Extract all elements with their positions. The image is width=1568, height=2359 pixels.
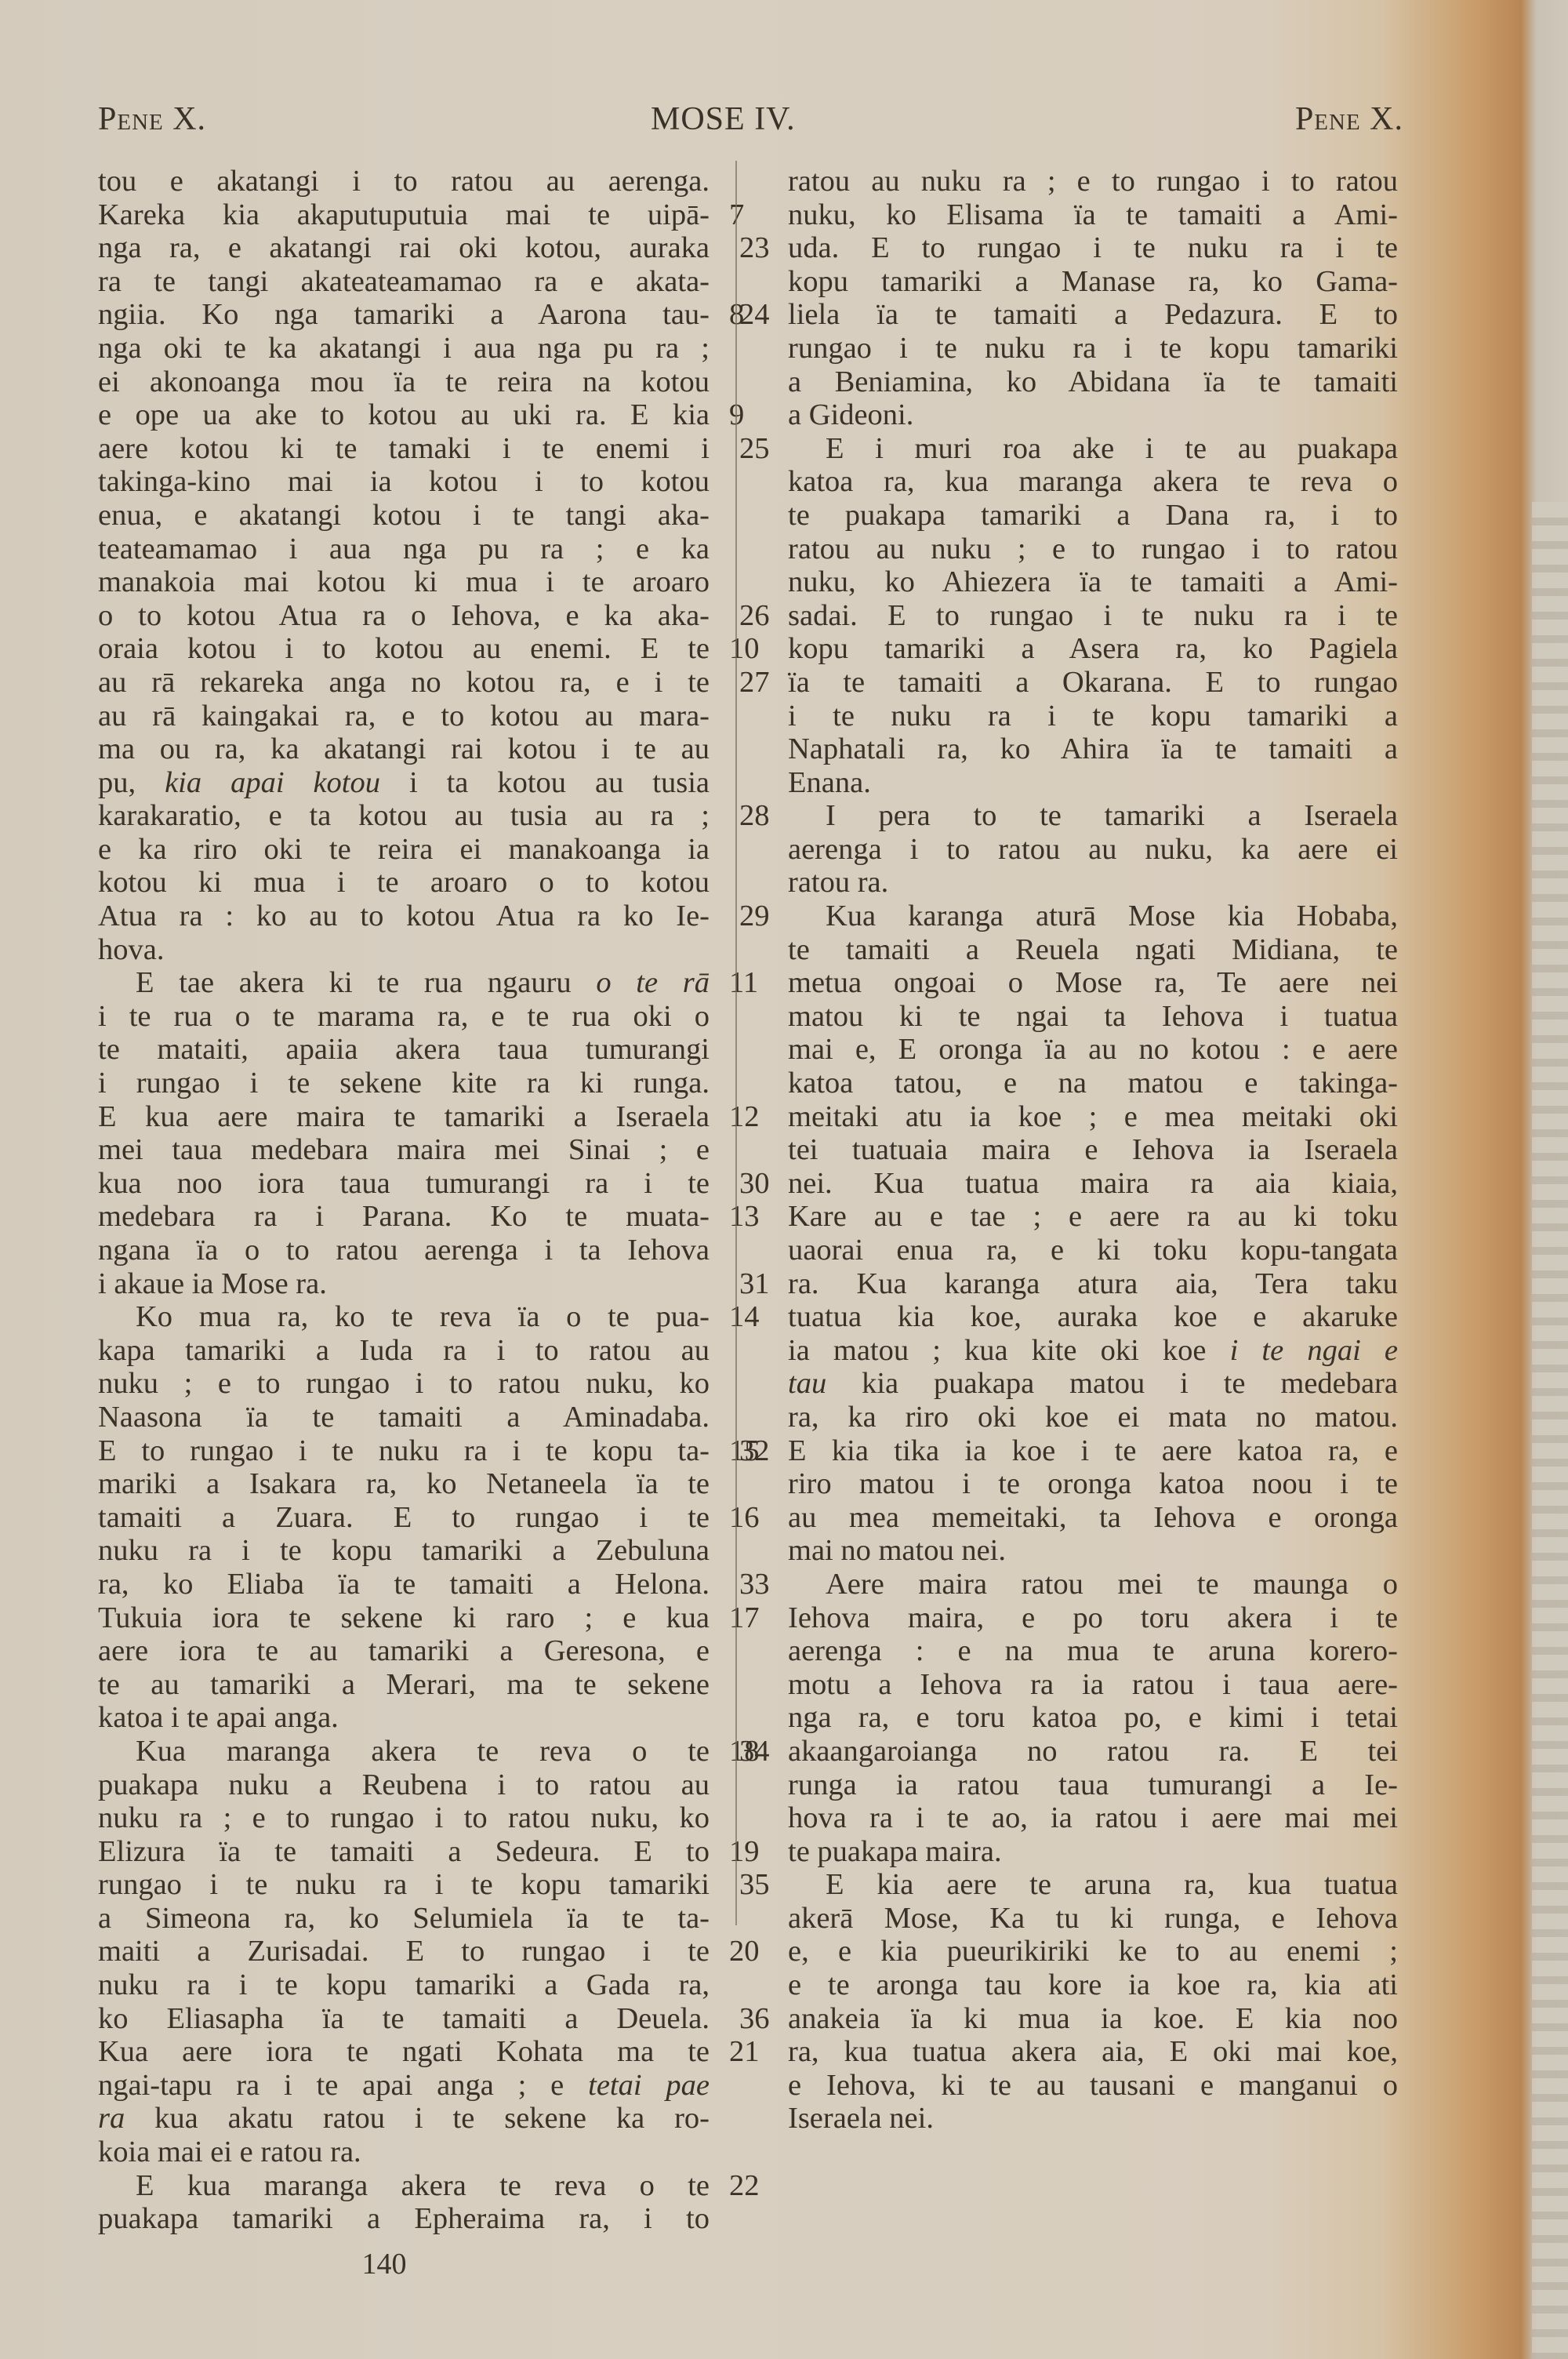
text-run: kapa tamariki a Iuda ra i to ratou au [98, 1334, 710, 1367]
adjacent-page-edge [1532, 502, 1568, 2359]
left-column-text: tou e akatangi i to ratou au aerenga.Kar… [98, 165, 710, 2236]
text-run: Atua ra : ko au to kotou Atua ra ko Ie- [98, 900, 710, 932]
text-line: nga ra, e akatangi rai oki kotou, auraka [98, 231, 710, 265]
text-line: tau kia puakapa matou i te medebara [788, 1367, 1398, 1401]
header-chapter-right: Pene X. [1295, 100, 1403, 138]
text-run: tuatua kia koe, auraka koe e akaruke [788, 1300, 1398, 1333]
text-run: ei akonoanga mou ïa te reira na kotou [98, 365, 710, 398]
text-line: ratou au nuku ; e to rungao i to ratou [788, 533, 1398, 566]
text-run: au mea memeitaki, ta Iehova e oronga [788, 1501, 1398, 1534]
italic-text-run: ra [98, 2102, 125, 2135]
text-line: E tae akera ki te rua ngauru o te rā11 [98, 966, 710, 1000]
text-line: katoa ra, kua maranga akera te reva o [788, 465, 1398, 499]
verse-number: 22 [729, 2169, 784, 2203]
text-line: aerenga : e na mua te aruna korero- [788, 1634, 1398, 1668]
text-line: tamaiti a Zuara. E to rungao i te16 [98, 1501, 710, 1535]
verse-number: 9 [729, 398, 784, 432]
text-line: aerenga i to ratou au nuku, ka aere ei [788, 833, 1398, 867]
text-run: mai e, E oronga ïa au no kotou : e aere [788, 1033, 1398, 1066]
italic-text-run: i te ngai e [1230, 1334, 1398, 1367]
text-run: ra, kua tuatua akera aia, E oki mai koe, [788, 2035, 1398, 2068]
text-line: puakapa tamariki a Epheraima ra, i to [98, 2202, 710, 2236]
text-run: aerenga i to ratou au nuku, ka aere ei [788, 833, 1398, 866]
text-line: puakapa nuku a Reubena i to ratou au [98, 1768, 710, 1802]
column-divider [735, 161, 737, 1925]
text-run: metua ongoai o Mose ra, Te aere nei [788, 966, 1398, 999]
text-line: Iehova maira, e po toru akera i te [788, 1601, 1398, 1635]
text-line: E i muri roa ake i te au puakapa25 [788, 432, 1398, 466]
text-line: pu, kia apai kotou i ta kotou au tusia [98, 766, 710, 800]
text-run: ko Eliasapha ïa te tamaiti a Deuela. [98, 2002, 710, 2035]
text-line: i rungao i te sekene kite ra ki runga. [98, 1067, 710, 1100]
header-chapter-left: Pene X. [98, 100, 206, 138]
text-run: aere kotou ki te tamaki i te enemi i [98, 432, 710, 465]
verse-number: 28 [739, 799, 783, 833]
text-run: E to rungao i te nuku ra i te kopu ta- [98, 1434, 710, 1467]
text-run: Ko mua ra, ko te reva ïa o te pua- [136, 1300, 710, 1333]
verse-number: 20 [729, 1935, 784, 1968]
text-line: au rā rekareka anga no kotou ra, e i te [98, 666, 710, 700]
verse-number: 7 [729, 198, 784, 232]
text-run: tei tuatuaia maira e Iehova ia Iseraela [788, 1133, 1398, 1166]
text-line: E to rungao i te nuku ra i te kopu ta-15 [98, 1434, 710, 1468]
text-line: aere kotou ki te tamaki i te enemi i [98, 432, 710, 466]
text-line: E kua aere maira te tamariki a Iseraela1… [98, 1100, 710, 1134]
text-line: nuku, ko Ahiezera ïa te tamaiti a Ami- [788, 565, 1398, 599]
verse-number: 30 [739, 1167, 783, 1201]
text-run: i akaue ia Mose ra. [98, 1267, 327, 1300]
text-run: e te aronga tau kore ia koe ra, kia ati [788, 1968, 1398, 2001]
text-line: E kia tika ia koe i te aere katoa ra, e3… [788, 1434, 1398, 1468]
text-line: rungao i te nuku ra i te kopu tamariki [788, 332, 1398, 365]
text-line: metua ongoai o Mose ra, Te aere nei [788, 966, 1398, 1000]
text-run: ratou ra. [788, 866, 888, 899]
text-run: E kua maranga akera te reva o te [136, 2169, 710, 2202]
text-run: ra, ka riro oki koe ei mata no matou. [788, 1401, 1398, 1434]
text-line: i akaue ia Mose ra. [98, 1267, 710, 1301]
text-run: puakapa nuku a Reubena i to ratou au [98, 1768, 710, 1801]
text-line: kotou ki mua i te aroaro o to kotou [98, 866, 710, 900]
text-line: a Beniamina, ko Abidana ïa te tamaiti [788, 365, 1398, 399]
text-line: Kua aere iora te ngati Kohata ma te21 [98, 2035, 710, 2069]
text-run: E tae akera ki te rua ngauru [136, 966, 596, 999]
verse-number: 16 [729, 1501, 784, 1535]
text-line: takinga-kino mai ia kotou i to kotou [98, 465, 710, 499]
text-run: ngiia. Ko nga tamariki a Aarona tau- [98, 298, 710, 331]
text-run: ratou au nuku ra ; e to rungao i to rato… [788, 165, 1398, 198]
text-run: ratou au nuku ; e to rungao i to ratou [788, 533, 1398, 565]
text-line: sadai. E to rungao i te nuku ra i te26 [788, 599, 1398, 633]
text-run: ngana ïa o to ratou aerenga i ta Iehova [98, 1234, 710, 1267]
text-run: koia mai ei e ratou ra. [98, 2135, 361, 2168]
text-line: kua noo iora taua tumurangi ra i te [98, 1167, 710, 1201]
text-run: nuku, ko Ahiezera ïa te tamaiti a Ami- [788, 565, 1398, 598]
text-line: runga ia ratou taua tumurangi a Ie- [788, 1768, 1398, 1802]
text-line: aere iora te au tamariki a Geresona, e [98, 1634, 710, 1668]
text-line: liela ïa te tamaiti a Pedazura. E to24 [788, 298, 1398, 332]
text-line: katoa tatou, e na matou e takinga- [788, 1067, 1398, 1100]
verse-number: 23 [739, 231, 783, 265]
text-line: ei akonoanga mou ïa te reira na kotou [98, 365, 710, 399]
text-run: Elizura ïa te tamaiti a Sedeura. E to [98, 1835, 710, 1868]
verse-number: 26 [739, 599, 783, 633]
text-run: rungao i te nuku ra i te kopu tamariki [98, 1868, 710, 1901]
text-run: Iseraela nei. [788, 2102, 934, 2135]
text-run: maiti a Zurisadai. E to rungao i te [98, 1935, 710, 1968]
text-line: nuku, ko Elisama ïa te tamaiti a Ami- [788, 198, 1398, 232]
text-line: nei. Kua tuatua maira ra aia kiaia,30 [788, 1167, 1398, 1201]
text-run: hova ra i te ao, ia ratou i aere mai mei [788, 1801, 1398, 1834]
text-line: mai e, E oronga ïa au no kotou : e aere [788, 1033, 1398, 1067]
text-line: tuatua kia koe, auraka koe e akaruke [788, 1300, 1398, 1334]
verse-number: 25 [739, 432, 783, 466]
text-line: Iseraela nei. [788, 2102, 1398, 2135]
text-line: ko Eliasapha ïa te tamaiti a Deuela. [98, 2002, 710, 2036]
text-run: oraia kotou i to kotou au enemi. E te [98, 632, 710, 665]
verse-number: 14 [729, 1300, 784, 1334]
verse-number: 24 [739, 298, 783, 332]
text-run: motu a Iehova ra ia ratou i taua aere- [788, 1668, 1398, 1701]
text-run: ra. Kua karanga atura aia, Tera taku [788, 1267, 1398, 1300]
text-run: aere iora te au tamariki a Geresona, e [98, 1634, 710, 1667]
text-run: o to kotou Atua ra o Iehova, e ka aka- [98, 599, 710, 632]
text-line: koia mai ei e ratou ra. [98, 2135, 710, 2169]
text-run: anakeia ïa ki mua ia koe. E kia noo [788, 2002, 1398, 2035]
text-run: ra, ko Eliaba ïa te tamaiti a Helona. [98, 1568, 710, 1601]
text-line: ratou au nuku ra ; e to rungao i to rato… [788, 165, 1398, 198]
text-run: e ka riro oki te reira ei manakoanga ia [98, 833, 710, 866]
text-run: au rā kaingakai ra, e to kotou au mara- [98, 700, 710, 732]
text-line: kopu tamariki a Manase ra, ko Gama- [788, 265, 1398, 299]
text-run: teateamamao i aua nga pu ra ; e ka [98, 533, 710, 565]
text-run: Kua aere iora te ngati Kohata ma te [98, 2035, 710, 2068]
verse-number: 31 [739, 1267, 783, 1301]
text-line: akerā Mose, Ka tu ki runga, e Iehova [788, 1902, 1398, 1936]
text-line: ngai-tapu ra i te apai anga ; e tetai pa… [98, 2069, 710, 2103]
text-run: E kia tika ia koe i te aere katoa ra, e [788, 1434, 1398, 1467]
text-run: katoa ra, kua maranga akera te reva o [788, 465, 1398, 498]
text-line: ra te tangi akateateamamao ra e akata- [98, 265, 710, 299]
text-line: tou e akatangi i to ratou au aerenga. [98, 165, 710, 198]
text-run: enua, e akatangi kotou i te tangi aka- [98, 499, 710, 532]
text-line: te tamaiti a Reuela ngati Midiana, te [788, 933, 1398, 967]
italic-text-run: kia apai kotou [165, 766, 380, 799]
text-line: a Gideoni. [788, 398, 1398, 432]
text-line: motu a Iehova ra ia ratou i taua aere- [788, 1668, 1398, 1702]
text-line: au mea memeitaki, ta Iehova e oronga [788, 1501, 1398, 1535]
text-run: Kareka kia akaputuputuia mai te uipā- [98, 198, 710, 231]
text-run: Kare au e tae ; e aere ra au ki toku [788, 1200, 1398, 1233]
text-run: rungao i te nuku ra i te kopu tamariki [788, 332, 1398, 365]
verse-number: 32 [739, 1434, 783, 1468]
verse-number: 35 [739, 1868, 783, 1902]
text-line: ngana ïa o to ratou aerenga i ta Iehova [98, 1234, 710, 1267]
text-run: a Beniamina, ko Abidana ïa te tamaiti [788, 365, 1398, 398]
text-line: Kareka kia akaputuputuia mai te uipā-7 [98, 198, 710, 232]
text-line: ra, ko Eliaba ïa te tamaiti a Helona. [98, 1568, 710, 1601]
text-line: riro matou i te oronga katoa noou i te [788, 1467, 1398, 1501]
text-run: nuku ra ; e to rungao i to ratou nuku, k… [98, 1801, 710, 1834]
text-run: ia matou ; kua kite oki koe [788, 1334, 1230, 1367]
text-line: kopu tamariki a Asera ra, ko Pagiela [788, 632, 1398, 666]
text-run: liela ïa te tamaiti a Pedazura. E to [788, 298, 1398, 331]
text-line: e ka riro oki te reira ei manakoanga ia [98, 833, 710, 867]
verse-number: 13 [729, 1200, 784, 1234]
text-run: ngai-tapu ra i te apai anga ; e [98, 2069, 588, 2102]
header-book-title: MOSE IV. [651, 100, 796, 138]
text-run: tou e akatangi i to ratou au aerenga. [98, 165, 710, 198]
text-line: au rā kaingakai ra, e to kotou au mara- [98, 700, 710, 733]
verse-number: 12 [729, 1100, 784, 1134]
text-line: mai no matou nei. [788, 1534, 1398, 1568]
text-run: nei. Kua tuatua maira ra aia kiaia, [788, 1167, 1398, 1200]
text-line: oraia kotou i to kotou au enemi. E te10 [98, 632, 710, 666]
text-line: rungao i te nuku ra i te kopu tamariki [98, 1868, 710, 1902]
text-run: uaorai enua ra, e ki toku kopu-tangata [788, 1234, 1398, 1267]
text-line: te puakapa tamariki a Dana ra, i to [788, 499, 1398, 533]
text-line: nuku ra ; e to rungao i to ratou nuku, k… [98, 1801, 710, 1835]
text-run: Aere maira ratou mei te maunga o [826, 1568, 1398, 1601]
text-run: Naasona ïa te tamaiti a Aminadaba. [98, 1401, 710, 1434]
text-line: medebara ra i Parana. Ko te muata-13 [98, 1200, 710, 1234]
text-run: Kua maranga akera te reva o te [136, 1735, 710, 1768]
text-line: e ope ua ake to kotou au uki ra. E kia9 [98, 398, 710, 432]
text-line: katoa i te apai anga. [98, 1701, 710, 1735]
text-run: e ope ua ake to kotou au uki ra. E kia [98, 398, 710, 431]
text-line: Naphatali ra, ko Ahira ïa te tamaiti a [788, 732, 1398, 766]
text-line: anakeia ïa ki mua ia koe. E kia noo36 [788, 2002, 1398, 2036]
text-line: maiti a Zurisadai. E to rungao i te20 [98, 1935, 710, 1968]
text-line: nuku ; e to rungao i to ratou nuku, ko [98, 1367, 710, 1401]
right-column-text: ratou au nuku ra ; e to rungao i to rato… [788, 165, 1398, 2135]
text-line: uaorai enua ra, e ki toku kopu-tangata [788, 1234, 1398, 1267]
verse-number: 19 [729, 1835, 784, 1869]
text-run: kotou ki mua i te aroaro o to kotou [98, 866, 710, 899]
verse-number: 36 [739, 2002, 783, 2036]
text-run: karakaratio, e ta kotou au tusia au ra ; [98, 799, 710, 832]
text-line: ma ou ra, ka akatangi rai kotou i te au [98, 732, 710, 766]
text-line: Naasona ïa te tamaiti a Aminadaba. [98, 1401, 710, 1434]
text-line: te mataiti, apaiia akera taua tumurangi [98, 1033, 710, 1067]
text-line: nga oki te ka akatangi i aua nga pu ra ; [98, 332, 710, 365]
text-run: nuku ra i te kopu tamariki a Zebuluna [98, 1534, 710, 1567]
text-run: riro matou i te oronga katoa noou i te [788, 1467, 1398, 1500]
italic-text-run: o te rā [596, 966, 710, 999]
text-line: Aere maira ratou mei te maunga o33 [788, 1568, 1398, 1601]
text-run: Kua karanga aturā Mose kia Hobaba, [826, 900, 1398, 932]
text-run: nga oki te ka akatangi i aua nga pu ra ; [98, 332, 710, 365]
text-run: E kia aere te aruna ra, kua tuatua [826, 1868, 1398, 1901]
italic-text-run: tetai pae [588, 2069, 710, 2102]
text-line: te au tamariki a Merari, ma te sekene [98, 1668, 710, 1702]
text-line: Kare au e tae ; e aere ra au ki toku [788, 1200, 1398, 1234]
text-line: uda. E to rungao i te nuku ra i te23 [788, 231, 1398, 265]
text-line: matou ki te ngai ta Iehova i tuatua [788, 1000, 1398, 1034]
text-run: te tamaiti a Reuela ngati Midiana, te [788, 933, 1398, 966]
text-run: akaangaroianga no ratou ra. E tei [788, 1735, 1398, 1768]
text-line: o to kotou Atua ra o Iehova, e ka aka- [98, 599, 710, 633]
text-line: nuku ra i te kopu tamariki a Zebuluna [98, 1534, 710, 1568]
text-run: mariki a Isakara ra, ko Netaneela ïa te [98, 1467, 710, 1500]
text-run: pu, [98, 766, 165, 799]
text-run: kopu tamariki a Asera ra, ko Pagiela [788, 632, 1398, 665]
text-run: mei taua medebara maira mei Sinai ; e [98, 1133, 710, 1166]
text-line: tei tuatuaia maira e Iehova ia Iseraela [788, 1133, 1398, 1167]
verse-number: 21 [729, 2035, 784, 2069]
verse-number: 10 [729, 632, 784, 666]
text-run: E i muri roa ake i te au puakapa [826, 432, 1398, 465]
text-run: e, e kia pueurikiriki ke to au enemi ; [788, 1935, 1398, 1968]
text-run: a Gideoni. [788, 398, 913, 431]
text-run: tamaiti a Zuara. E to rungao i te [98, 1501, 710, 1534]
text-run: manakoia mai kotou ki mua i te aroaro [98, 565, 710, 598]
text-line: ra kua akatu ratou i te sekene ka ro- [98, 2102, 710, 2135]
text-line: mariki a Isakara ra, ko Netaneela ïa te [98, 1467, 710, 1501]
text-line: ngiia. Ko nga tamariki a Aarona tau-8 [98, 298, 710, 332]
text-line: ïa te tamaiti a Okarana. E to rungao27 [788, 666, 1398, 700]
text-run: au rā rekareka anga no kotou ra, e i te [98, 666, 710, 699]
text-line: nga ra, e toru katoa po, e kimi i tetai [788, 1701, 1398, 1735]
text-run: Iehova maira, e po toru akera i te [788, 1601, 1398, 1634]
text-line: nuku ra i te kopu tamariki a Gada ra, [98, 1968, 710, 2002]
italic-text-run: tau [788, 1367, 826, 1400]
text-run: nga ra, e akatangi rai oki kotou, auraka [98, 231, 710, 264]
text-run: i te nuku ra i te kopu tamariki a [788, 700, 1398, 732]
text-line: ia matou ; kua kite oki koe i te ngai e [788, 1334, 1398, 1368]
text-run: sadai. E to rungao i te nuku ra i te [788, 599, 1398, 632]
text-line: E kua maranga akera te reva o te22 [98, 2169, 710, 2203]
text-line: Ko mua ra, ko te reva ïa o te pua-14 [98, 1300, 710, 1334]
text-line: I pera to te tamariki a Iseraela28 [788, 799, 1398, 833]
text-run: te puakapa tamariki a Dana ra, i to [788, 499, 1398, 532]
running-header: Pene X. MOSE IV. Pene X. [98, 100, 1403, 140]
text-run: ma ou ra, ka akatangi rai kotou i te au [98, 732, 710, 765]
text-line: Kua maranga akera te reva o te18 [98, 1735, 710, 1768]
verse-number: 17 [729, 1601, 784, 1635]
verse-number: 33 [739, 1568, 783, 1601]
text-run: kia puakapa matou i te medebara [826, 1367, 1398, 1400]
verse-number: 11 [729, 966, 784, 1000]
verse-number: 27 [739, 666, 783, 700]
text-line: Kua karanga aturā Mose kia Hobaba,29 [788, 900, 1398, 933]
text-line: a Simeona ra, ko Selumiela ïa te ta- [98, 1902, 710, 1936]
text-line: enua, e akatangi kotou i te tangi aka- [98, 499, 710, 533]
verse-number: 34 [739, 1735, 783, 1768]
text-line: meitaki atu ia koe ; e mea meitaki oki [788, 1100, 1398, 1134]
text-run: medebara ra i Parana. Ko te muata- [98, 1200, 710, 1233]
text-run: hova. [98, 933, 164, 966]
text-run: nuku ; e to rungao i to ratou nuku, ko [98, 1367, 710, 1400]
text-line: e te aronga tau kore ia koe ra, kia ati [788, 1968, 1398, 2002]
text-line: ra, ka riro oki koe ei mata no matou. [788, 1401, 1398, 1434]
text-run: kua noo iora taua tumurangi ra i te [98, 1167, 710, 1200]
text-run: a Simeona ra, ko Selumiela ïa te ta- [98, 1902, 710, 1935]
text-line: e, e kia pueurikiriki ke to au enemi ; [788, 1935, 1398, 1968]
page-number: 140 [345, 2247, 423, 2281]
text-run: te mataiti, apaiia akera taua tumurangi [98, 1033, 710, 1066]
text-line: ratou ra. [788, 866, 1398, 900]
text-run: akerā Mose, Ka tu ki runga, e Iehova [788, 1902, 1398, 1935]
text-run: te puakapa maira. [788, 1835, 1002, 1868]
text-line: i te nuku ra i te kopu tamariki a [788, 700, 1398, 733]
text-run: mai no matou nei. [788, 1534, 1006, 1567]
text-run: runga ia ratou taua tumurangi a Ie- [788, 1768, 1398, 1801]
text-run: Naphatali ra, ko Ahira ïa te tamaiti a [788, 732, 1398, 765]
text-run: i te rua o te marama ra, e te rua oki o [98, 1000, 710, 1033]
text-line: manakoia mai kotou ki mua i te aroaro [98, 565, 710, 599]
text-line: karakaratio, e ta kotou au tusia au ra ; [98, 799, 710, 833]
text-line: mei taua medebara maira mei Sinai ; e [98, 1133, 710, 1167]
text-run: kua akatu ratou i te sekene ka ro- [125, 2102, 710, 2135]
text-run: nuku ra i te kopu tamariki a Gada ra, [98, 1968, 710, 2001]
text-run: puakapa tamariki a Epheraima ra, i to [98, 2202, 710, 2235]
text-line: i te rua o te marama ra, e te rua oki o [98, 1000, 710, 1034]
text-run: ïa te tamaiti a Okarana. E to rungao [788, 666, 1398, 699]
text-line: Tukuia iora te sekene ki raro ; e kua17 [98, 1601, 710, 1635]
text-run: katoa tatou, e na matou e takinga- [788, 1067, 1398, 1100]
text-line: hova ra i te ao, ia ratou i aere mai mei [788, 1801, 1398, 1835]
text-run: uda. E to rungao i te nuku ra i te [788, 231, 1398, 264]
text-run: te au tamariki a Merari, ma te sekene [98, 1668, 710, 1701]
text-line: teateamamao i aua nga pu ra ; e ka [98, 533, 710, 566]
text-line: ra, kua tuatua akera aia, E oki mai koe, [788, 2035, 1398, 2069]
text-run: kopu tamariki a Manase ra, ko Gama- [788, 265, 1398, 298]
text-run: nga ra, e toru katoa po, e kimi i tetai [788, 1701, 1398, 1734]
text-run: I pera to te tamariki a Iseraela [826, 799, 1398, 832]
text-run: aerenga : e na mua te aruna korero- [788, 1634, 1398, 1667]
text-line: akaangaroianga no ratou ra. E tei34 [788, 1735, 1398, 1768]
text-run: E kua aere maira te tamariki a Iseraela [98, 1100, 710, 1133]
text-run: Enana. [788, 766, 871, 799]
text-line: Enana. [788, 766, 1398, 800]
text-line: Atua ra : ko au to kotou Atua ra ko Ie- [98, 900, 710, 933]
text-run: katoa i te apai anga. [98, 1701, 339, 1734]
text-run: matou ki te ngai ta Iehova i tuatua [788, 1000, 1398, 1033]
text-run: Tukuia iora te sekene ki raro ; e kua [98, 1601, 710, 1634]
text-run: i ta kotou au tusia [380, 766, 710, 799]
text-line: E kia aere te aruna ra, kua tuatua35 [788, 1868, 1398, 1902]
text-run: meitaki atu ia koe ; e mea meitaki oki [788, 1100, 1398, 1133]
text-line: hova. [98, 933, 710, 967]
text-line: ra. Kua karanga atura aia, Tera taku31 [788, 1267, 1398, 1301]
text-line: e Iehova, ki te au tausani e manganui o [788, 2069, 1398, 2103]
text-run: ra te tangi akateateamamao ra e akata- [98, 265, 710, 298]
text-line: te puakapa maira. [788, 1835, 1398, 1869]
text-line: Elizura ïa te tamaiti a Sedeura. E to19 [98, 1835, 710, 1869]
text-run: i rungao i te sekene kite ra ki runga. [98, 1067, 710, 1100]
text-run: takinga-kino mai ia kotou i to kotou [98, 465, 710, 498]
verse-number: 29 [739, 900, 783, 933]
text-line: kapa tamariki a Iuda ra i to ratou au [98, 1334, 710, 1368]
text-run: e Iehova, ki te au tausani e manganui o [788, 2069, 1398, 2102]
text-run: nuku, ko Elisama ïa te tamaiti a Ami- [788, 198, 1398, 231]
